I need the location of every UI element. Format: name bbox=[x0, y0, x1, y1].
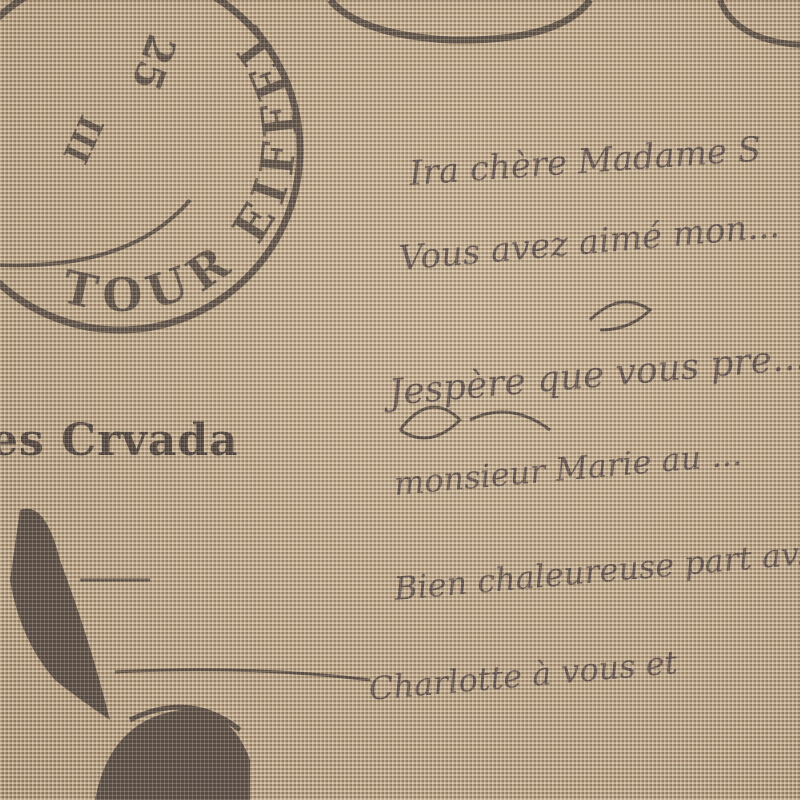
script-line: Jespère que vous pre... bbox=[380, 337, 800, 415]
stamp-arc-text: TOUR EIFFEL bbox=[57, 9, 308, 323]
printed-pattern: TOUR EIFFEL 25 III es Crvada Ira chère M… bbox=[0, 0, 800, 800]
bold-printed-word: es Crvada bbox=[0, 415, 239, 466]
top-oval-stamp bbox=[330, 0, 800, 45]
stamp-number: 25 bbox=[122, 28, 185, 96]
script-line: monsieur Marie au ... bbox=[392, 435, 743, 503]
script-line: Charlotte à vous et bbox=[367, 643, 679, 708]
fleur-de-lis-motif bbox=[10, 509, 370, 800]
script-line: Ira chère Madame S bbox=[407, 129, 763, 194]
postmark-stamp: TOUR EIFFEL 25 III bbox=[0, 0, 308, 330]
stamp-fragment: III bbox=[54, 109, 110, 169]
handwriting-block: Ira chère Madame S Vous avez aimé mon...… bbox=[367, 129, 800, 707]
burlap-fabric-photo: TOUR EIFFEL 25 III es Crvada Ira chère M… bbox=[0, 0, 800, 800]
script-line: Bien chaleureuse part av... bbox=[391, 532, 800, 608]
svg-text:TOUR EIFFEL: TOUR EIFFEL bbox=[57, 9, 308, 323]
script-line: Vous avez aimé mon... bbox=[397, 206, 781, 279]
